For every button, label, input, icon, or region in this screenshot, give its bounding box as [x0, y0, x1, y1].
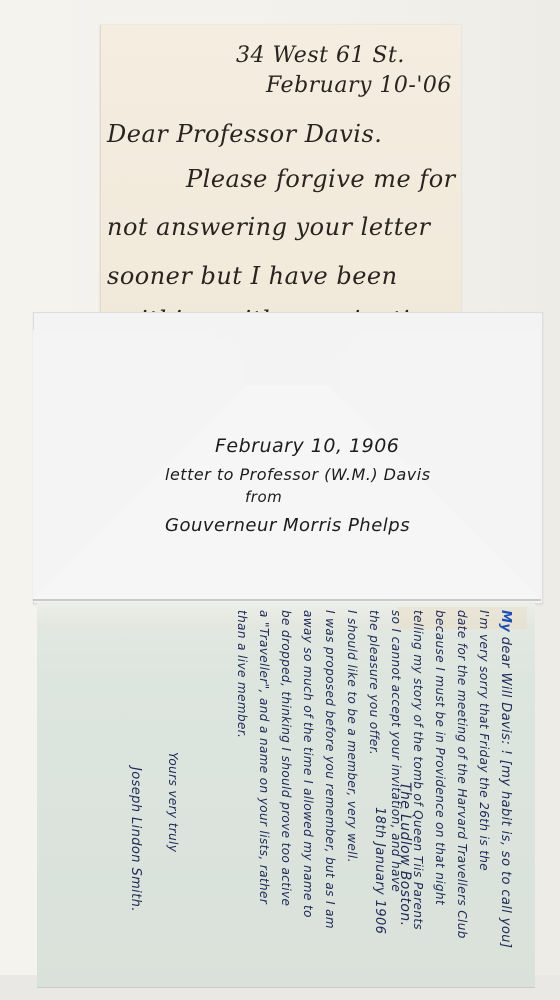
- letter-bottom-signature: Joseph Lindon Smith.: [128, 767, 143, 912]
- salutation-text: dear Will Davis: ! [my habit is, so to c…: [498, 637, 513, 949]
- letter-bottom-line: I was proposed before you remember, but …: [323, 610, 337, 929]
- envelope-annotation-from: from: [245, 488, 282, 506]
- letter-bottom-line: I'm very sorry that Friday the 26th is t…: [477, 610, 491, 871]
- letter-bottom-line: away so much of the time I allowed my na…: [301, 610, 315, 918]
- letter-bottom-line: than a live member.: [235, 610, 249, 738]
- envelope-annotation-date: February 10, 1906: [215, 435, 399, 457]
- letter-bottom-paper: My dear Will Davis: ! [my habit is, so t…: [37, 602, 535, 988]
- letter-top-salutation: Dear Professor Davis.: [107, 120, 382, 148]
- letter-bottom-line: so I cannot accept your invitation, and …: [389, 610, 403, 892]
- letter-bottom-date: 18th January 1906: [372, 807, 387, 934]
- letter-top-address: 34 West 61 St.: [236, 43, 405, 68]
- letter-top-line: not answering your letter: [107, 213, 431, 241]
- letter-bottom-line: telling my story of the tomb of Queen Ti…: [411, 610, 425, 930]
- letter-bottom-line: because I must be in Providence on that …: [433, 610, 447, 905]
- letter-top-line: Please forgive me for: [186, 165, 456, 193]
- envelope-annotation-recipient: letter to Professor (W.M.) Davis: [165, 465, 431, 484]
- letter-bottom-closing: Yours very truly: [166, 752, 180, 852]
- letter-top-date: February 10-'06: [266, 73, 452, 98]
- envelope-annotation-sender: Gouverneur Morris Phelps: [165, 515, 410, 536]
- letter-bottom-salutation: My dear Will Davis: ! [my habit is, so t…: [498, 610, 513, 948]
- letter-bottom-line: date for the meeting of the Harvard Trav…: [455, 610, 469, 939]
- envelope-edge: [33, 599, 541, 601]
- letter-bottom-line: I should like to be a member, very well.: [345, 610, 359, 863]
- letter-bottom-line: a "Traveller", and a name on your lists,…: [257, 610, 271, 904]
- letter-bottom-line: be dropped, thinking I should prove too …: [279, 610, 293, 906]
- salutation-prefix: My: [498, 610, 513, 632]
- letter-bottom-line: the pleasure you offer.: [367, 610, 381, 755]
- rotated-letter-content: My dear Will Davis: ! [my habit is, so t…: [37, 602, 535, 987]
- letter-top-line: sooner but I have been: [107, 262, 398, 290]
